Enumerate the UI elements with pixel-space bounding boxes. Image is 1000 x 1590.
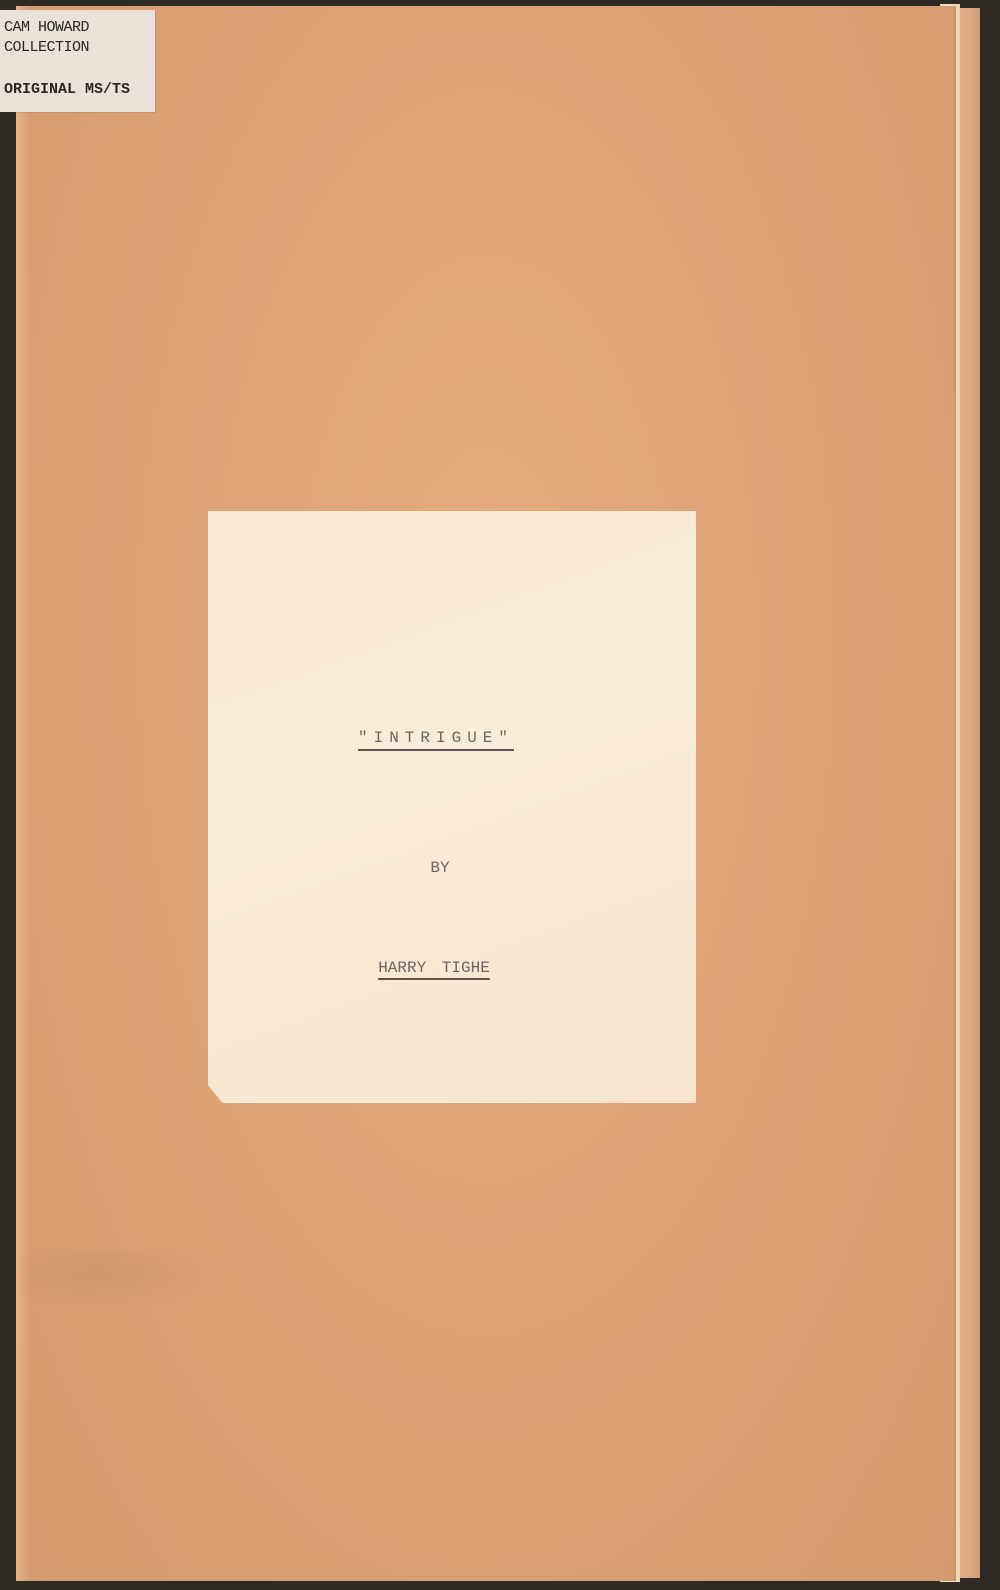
collection-label-line-3: ORIGINAL MS/TS: [4, 80, 130, 100]
byline-label: BY: [196, 859, 684, 877]
author-name: HARRY TIGHE: [190, 959, 678, 977]
collection-label: CAM HOWARD COLLECTION ORIGINAL MS/TS: [0, 10, 155, 112]
back-pages-edge: [958, 8, 980, 1578]
folder-spine-fold: [16, 6, 30, 1581]
collection-label-line-2: COLLECTION: [4, 38, 89, 58]
title-page: "INTRIGUE" BY HARRY TIGHE: [208, 511, 696, 1103]
collection-label-line-1: CAM HOWARD: [4, 18, 89, 38]
manuscript-title: "INTRIGUE": [192, 729, 680, 747]
folder-crease: [20, 1250, 220, 1310]
